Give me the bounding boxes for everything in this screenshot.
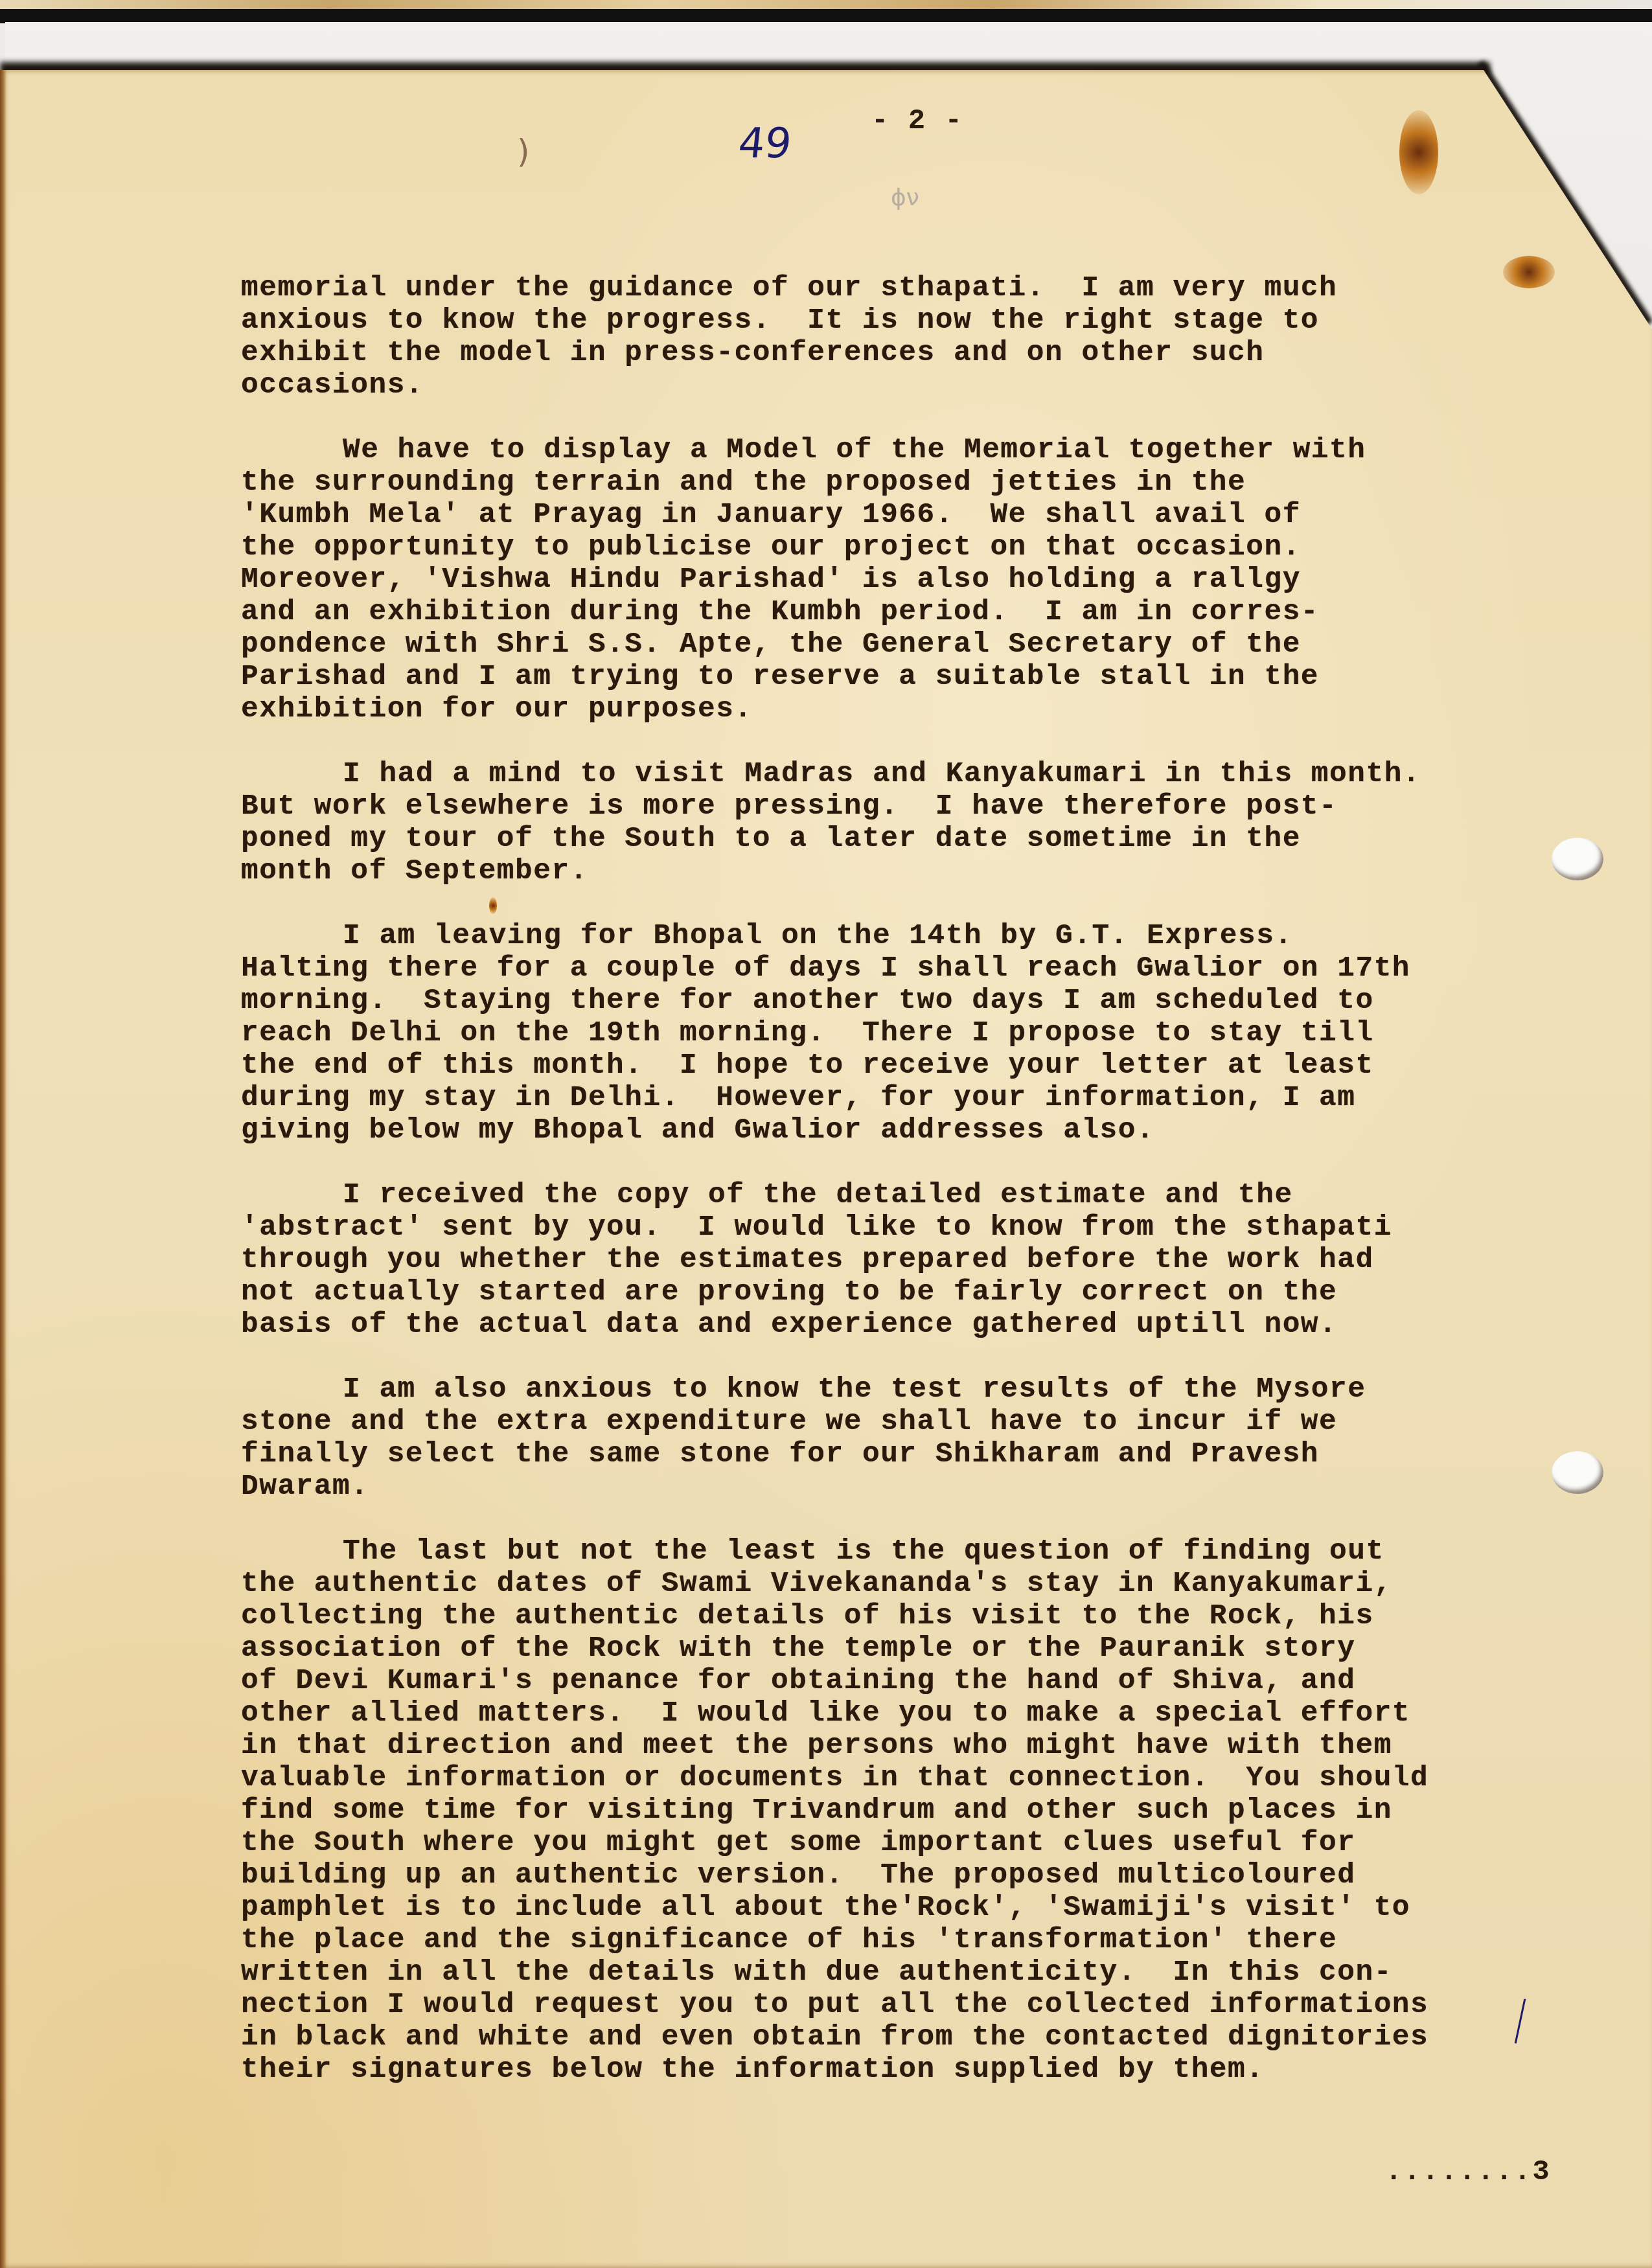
text-line: exhibition for our purposes. <box>241 693 1569 726</box>
text-line: valuable information or documents in tha… <box>241 1762 1569 1794</box>
text-line: find some time for visiting Trivandrum a… <box>241 1794 1569 1827</box>
text-line: 'Kumbh Mela' at Prayag in January 1966. … <box>241 499 1569 531</box>
text-line: in black and white and even obtain from … <box>241 2021 1569 2054</box>
text-line: giving below my Bhopal and Gwalior addre… <box>241 1114 1569 1147</box>
text-line: through you whether the estimates prepar… <box>241 1244 1569 1276</box>
text-line: exhibit the model in press-conferences a… <box>241 337 1569 369</box>
text-line: morning. Staying there for another two d… <box>241 985 1569 1017</box>
text-line: The last but not the least is the questi… <box>241 1535 1569 1568</box>
text-line: Dwaram. <box>241 1471 1569 1503</box>
text-line: of Devi Kumari's penance for obtaining t… <box>241 1665 1569 1697</box>
text-line: the authentic dates of Swami Vivekananda… <box>241 1568 1569 1600</box>
paragraph: We have to display a Model of the Memori… <box>241 434 1569 726</box>
paragraph: I received the copy of the detailed esti… <box>241 1179 1569 1341</box>
text-line: other allied matters. I would like you t… <box>241 1697 1569 1730</box>
text-line: nection I would request you to put all t… <box>241 1989 1569 2021</box>
text-line: I received the copy of the detailed esti… <box>241 1179 1569 1211</box>
text-line: poned my tour of the South to a later da… <box>241 823 1569 855</box>
text-line: and an exhibition during the Kumbh perio… <box>241 596 1569 628</box>
paragraph: I had a mind to visit Madras and Kanyaku… <box>241 758 1569 888</box>
continuation-marker: ........3 <box>1385 2156 1551 2188</box>
paragraph: I am also anxious to know the test resul… <box>241 1373 1569 1503</box>
text-line: pondence with Shri S.S. Apte, the Genera… <box>241 628 1569 661</box>
text-line: I had a mind to visit Madras and Kanyaku… <box>241 758 1569 790</box>
paragraph: The last but not the least is the questi… <box>241 1535 1569 2086</box>
text-line: I am also anxious to know the test resul… <box>241 1373 1569 1406</box>
text-line: Moreover, 'Vishwa Hindu Parishad' is als… <box>241 564 1569 596</box>
text-line: occasions. <box>241 369 1569 402</box>
text-line: basis of the actual data and experience … <box>241 1309 1569 1341</box>
page-number: - 2 - <box>871 105 963 137</box>
text-line: month of September. <box>241 855 1569 888</box>
text-line: written in all the details with due auth… <box>241 1956 1569 1989</box>
page-left-edge <box>0 70 6 2268</box>
text-line: during my stay in Delhi. However, for yo… <box>241 1082 1569 1114</box>
text-line: stone and the extra expenditure we shall… <box>241 1406 1569 1438</box>
text-line: collecting the authentic details of his … <box>241 1600 1569 1632</box>
text-line: 'abstract' sent by you. I would like to … <box>241 1211 1569 1244</box>
handwritten-folio-number: 49 <box>736 120 794 168</box>
text-line: the end of this month. I hope to receive… <box>241 1049 1569 1082</box>
text-line: building up an authentic version. The pr… <box>241 1859 1569 1892</box>
letter-body: memorial under the guidance of our sthap… <box>241 272 1569 2118</box>
text-line: the opportunity to publicise our project… <box>241 531 1569 564</box>
text-line: memorial under the guidance of our sthap… <box>241 272 1569 304</box>
pencil-mark: ) <box>517 133 530 170</box>
text-line: the place and the significance of his 't… <box>241 1924 1569 1956</box>
paragraph: memorial under the guidance of our sthap… <box>241 272 1569 402</box>
text-line: the South where you might get some impor… <box>241 1827 1569 1859</box>
faint-initials: ɸν <box>891 185 919 211</box>
text-line: association of the Rock with the temple … <box>241 1632 1569 1665</box>
rust-stain <box>1399 110 1438 194</box>
text-line: in that direction and meet the persons w… <box>241 1730 1569 1762</box>
text-line: their signatures below the information s… <box>241 2054 1569 2086</box>
text-line: not actually started are proving to be f… <box>241 1276 1569 1309</box>
text-line: I am leaving for Bhopal on the 14th by G… <box>241 920 1569 952</box>
text-line: But work elsewhere is more pressing. I h… <box>241 790 1569 823</box>
text-line: the surrounding terrain and the proposed… <box>241 466 1569 499</box>
text-line: reach Delhi on the 19th morning. There I… <box>241 1017 1569 1049</box>
text-line: We have to display a Model of the Memori… <box>241 434 1569 466</box>
text-line: finally select the same stone for our Sh… <box>241 1438 1569 1471</box>
text-line: anxious to know the progress. It is now … <box>241 304 1569 337</box>
scan-top-border <box>0 9 1652 23</box>
text-line: Halting there for a couple of days I sha… <box>241 952 1569 985</box>
text-line: Parishad and I am trying to reserve a su… <box>241 661 1569 693</box>
paragraph: I am leaving for Bhopal on the 14th by G… <box>241 920 1569 1147</box>
text-line: pamphlet is to include all about the'Roc… <box>241 1892 1569 1924</box>
